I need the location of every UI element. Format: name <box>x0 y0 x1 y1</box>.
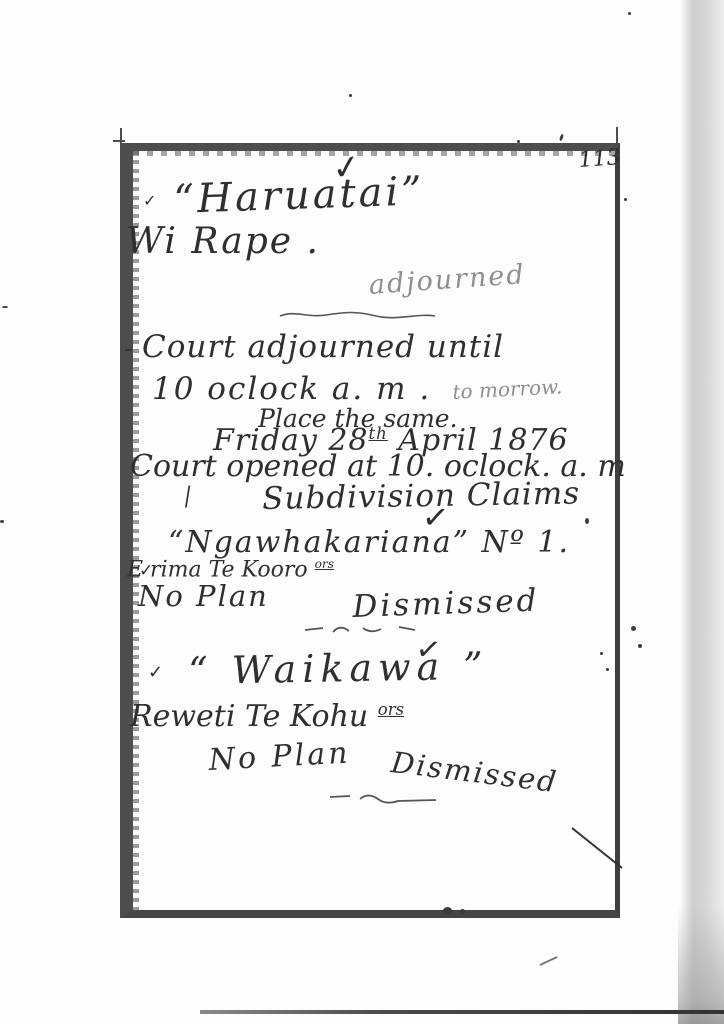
ink-speck <box>628 12 631 15</box>
ink-speck <box>349 94 352 97</box>
ink-speck <box>624 198 627 201</box>
flourish-underline <box>328 790 448 806</box>
ink-speck <box>517 140 520 143</box>
ink-speck <box>585 518 589 524</box>
case-claimants: E rima Te Kooro ors <box>127 558 334 581</box>
margin-dash: - <box>124 336 133 362</box>
to-morrow-note: to morrow. <box>452 376 563 402</box>
ink-speck <box>559 134 564 142</box>
ink-speck <box>0 520 4 523</box>
checkmark-icon: ✓ <box>148 664 163 682</box>
no-plan-note: No Plan <box>208 739 351 776</box>
ink-speck <box>460 909 465 914</box>
ink-speck <box>2 306 8 308</box>
ink-speck <box>443 907 452 915</box>
ink-speck <box>600 652 603 655</box>
date-superscript: th <box>369 424 388 443</box>
stray-pen-stroke <box>538 954 560 968</box>
flourish-underline <box>303 622 433 638</box>
corner-tick-top-left <box>120 128 122 146</box>
corner-tick-top-right <box>616 127 618 145</box>
flourish-underline <box>278 308 438 322</box>
adjourned-time-line: 10 oclock a. m . <box>152 374 431 405</box>
frame-speckle-left <box>133 151 139 911</box>
claimant-name: Wi Rape . <box>126 224 320 260</box>
case-name: “ Waikawa ” <box>188 647 489 690</box>
section-heading: Subdivision Claims <box>262 478 580 515</box>
next-page-edge-line <box>200 1010 724 1014</box>
page-edge-shadow-bottom <box>678 905 724 1024</box>
stray-pen-stroke <box>570 826 625 871</box>
page-edge-shadow <box>680 0 724 1024</box>
page-number: 113 <box>578 147 621 172</box>
corner-tick-top-left-2 <box>113 140 125 142</box>
ink-speck <box>638 644 642 648</box>
and-others-abbrev: ors <box>315 557 334 571</box>
and-others-abbrev: ors <box>378 700 404 719</box>
ink-speck <box>606 668 609 671</box>
block-title-haruatai: “Haruatai” <box>173 171 425 220</box>
case-name: “Ngawhakariana” Nº 1. <box>168 528 570 558</box>
checkmark-icon: ✓ <box>143 193 156 209</box>
case-claimants: Reweti Te Kohu ors <box>130 702 404 732</box>
no-plan-note: No Plan <box>138 582 269 611</box>
outcome-dismissed: Dismissed <box>352 585 540 623</box>
ink-speck <box>631 626 636 631</box>
scanned-minute-book-page: 113 ✓ ✓ “Haruatai” Wi Rape . adjourned -… <box>0 0 724 1024</box>
frame-speckle-top <box>133 151 615 156</box>
court-adjourned-line: Court adjourned until <box>142 332 504 363</box>
